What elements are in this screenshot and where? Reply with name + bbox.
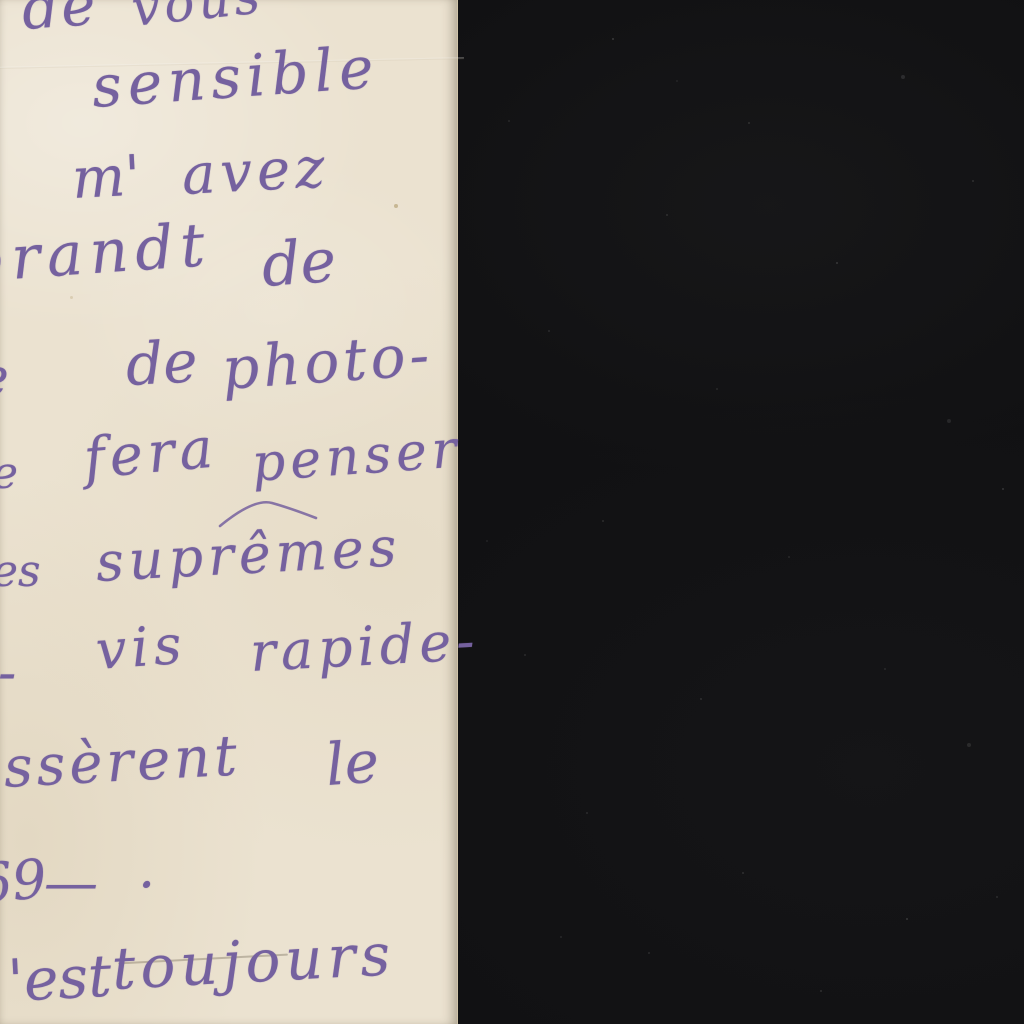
handwritten-word: penser bbox=[250, 423, 463, 490]
handwritten-word-fragment: e bbox=[0, 452, 18, 496]
handwritten-word: 'est bbox=[6, 947, 112, 1010]
handwritten-word-fragment: - bbox=[0, 646, 16, 700]
letter-paper: de vous sensible m' avez brandt de e de … bbox=[0, 0, 458, 1024]
paper-speck bbox=[70, 296, 73, 299]
handwritten-period: . bbox=[138, 842, 155, 896]
handwritten-word: suprêmes bbox=[95, 520, 403, 590]
handwritten-word: de bbox=[20, 0, 99, 38]
handwritten-word: toujours bbox=[110, 925, 396, 998]
handwritten-word: avez bbox=[181, 140, 331, 204]
handwritten-word: de bbox=[260, 231, 338, 296]
handwritten-word: brandt bbox=[0, 215, 214, 292]
handwritten-word: m' bbox=[71, 148, 142, 208]
handwritten-word: photo- bbox=[220, 325, 435, 398]
handwritten-word: fera bbox=[82, 420, 220, 487]
handwritten-word: de bbox=[124, 332, 198, 394]
handwritten-word: vis bbox=[94, 618, 188, 678]
handwritten-dash: — bbox=[44, 856, 98, 910]
handwritten-word-fragment: 69 bbox=[0, 852, 49, 912]
paper-speck bbox=[394, 204, 398, 208]
letter-photograph: de vous sensible m' avez brandt de e de … bbox=[0, 0, 1024, 1024]
handwritten-word: le bbox=[324, 732, 381, 794]
handwritten-word: vous bbox=[129, 0, 266, 34]
handwritten-word-fragment: e bbox=[0, 352, 9, 404]
handwritten-word: sensible bbox=[90, 38, 381, 116]
handwritten-word: rapide- bbox=[249, 614, 481, 680]
handwritten-word-fragment: es bbox=[0, 550, 41, 594]
handwritten-word: issèrent bbox=[0, 728, 242, 797]
